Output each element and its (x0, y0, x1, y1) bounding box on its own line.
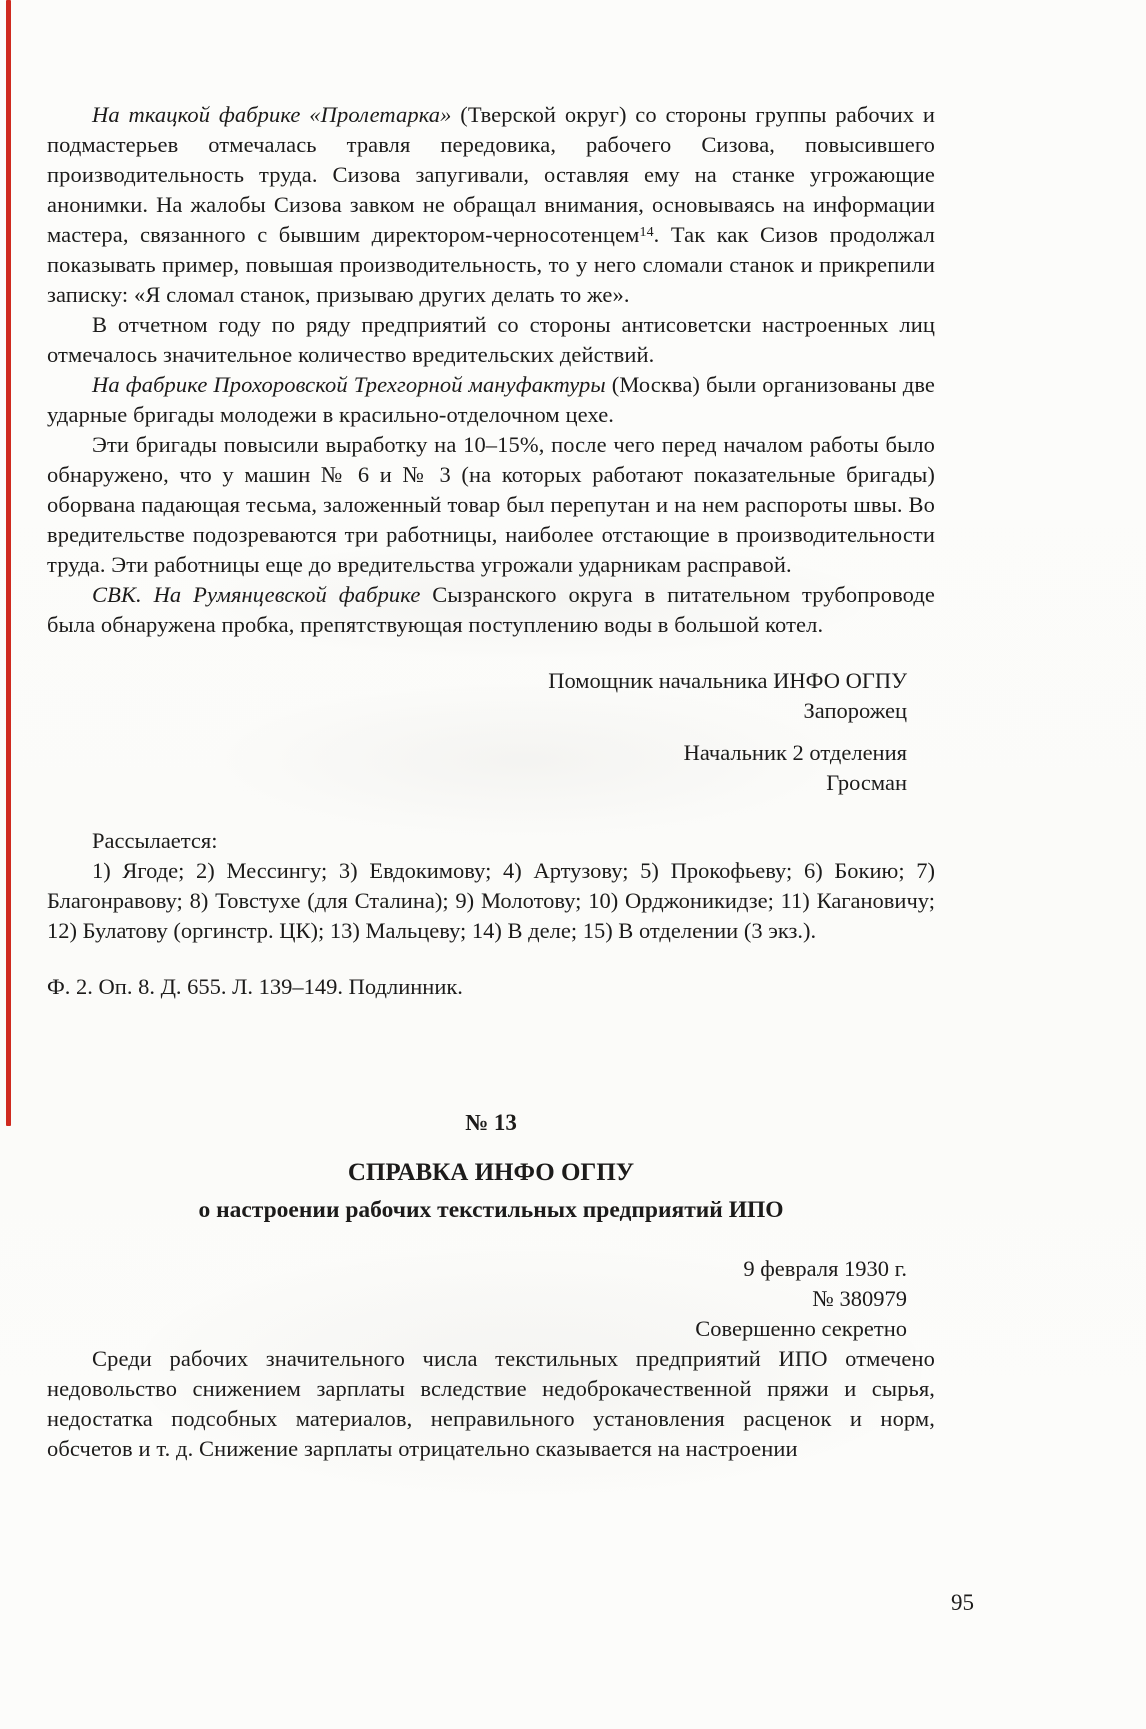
report-paragraph: В отчетном году по ряду предприятий со с… (47, 310, 935, 370)
report-paragraph: Эти бригады повысили выработку на 10–15%… (47, 430, 935, 580)
footnote-reference: 14 (639, 225, 653, 240)
paragraph-lead-italic: СВК. На Румянцевской фабрике (92, 582, 420, 607)
document-ref-number: № 380979 (47, 1284, 907, 1314)
signature-block: Помощник начальника ИНФО ОГПУ Запорожец … (47, 666, 935, 798)
page-number: 95 (951, 1588, 974, 1618)
document-number-heading: № 13 (47, 1108, 935, 1138)
signature-gap (47, 726, 907, 738)
paragraph-lead-italic: На фабрике Прохоровской Трехгорной мануф… (92, 372, 606, 397)
report-paragraph: На фабрике Прохоровской Трехгорной мануф… (47, 370, 935, 430)
distribution-label: Рассылается: (47, 826, 935, 856)
document-opening-paragraph: Среди рабочих значительного числа тексти… (47, 1344, 935, 1464)
document-title: СПРАВКА ИНФО ОГПУ (47, 1156, 935, 1190)
document-subtitle: о настроении рабочих текстильных предпри… (47, 1194, 935, 1226)
report-paragraph: На ткацкой фабрике «Пролетарка» (Тверско… (47, 100, 935, 310)
scanned-book-page: На ткацкой фабрике «Пролетарка» (Тверско… (0, 0, 1146, 1729)
signature-name: Гросман (47, 768, 907, 798)
signature-title: Начальник 2 отделения (47, 738, 907, 768)
report-paragraph: СВК. На Румянцевской фабрике Сызранского… (47, 580, 935, 640)
signature-title: Помощник начальника ИНФО ОГПУ (47, 666, 907, 696)
classification-label: Совершенно секретно (47, 1314, 907, 1344)
archive-reference: Ф. 2. Оп. 8. Д. 655. Л. 139–149. Подлинн… (47, 972, 935, 1002)
page-content: На ткацкой фабрике «Пролетарка» (Тверско… (47, 100, 935, 1464)
paragraph-text: Эти бригады повысили выработку на 10–15%… (47, 432, 935, 577)
signature-name: Запорожец (47, 696, 907, 726)
distribution-list: 1) Ягоде; 2) Мессингу; 3) Евдокимову; 4)… (47, 856, 935, 946)
document-meta-block: 9 февраля 1930 г. № 380979 Совершенно се… (47, 1254, 935, 1344)
paragraph-text: В отчетном году по ряду предприятий со с… (47, 312, 935, 367)
scan-edge-artifact (6, 0, 11, 1126)
paragraph-lead-italic: На ткацкой фабрике «Пролетарка» (92, 102, 451, 127)
document-date: 9 февраля 1930 г. (47, 1254, 907, 1284)
